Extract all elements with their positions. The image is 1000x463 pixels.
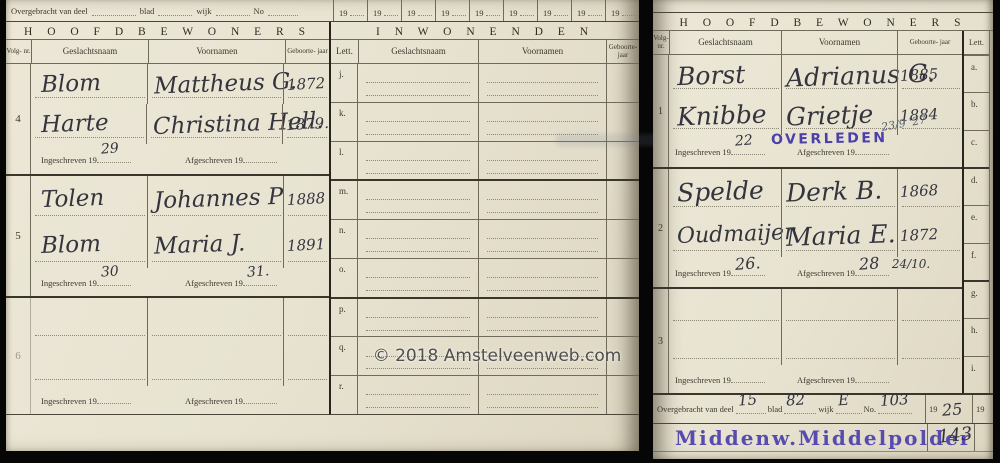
dotted-blank xyxy=(520,15,534,16)
inwonenden-headers: Lett. Geslachtsnaam Voornamen Geboorte- … xyxy=(331,40,639,64)
lett-column: Lett. a. b. c. d. e. f. g. h. i. xyxy=(962,31,989,393)
name-row: Spelde Derk B. 1868 xyxy=(669,169,962,213)
col-header-geslachtsnaam: Geslachtsnaam xyxy=(669,31,781,54)
geslachtsnaam-cell: Knibbe xyxy=(669,95,781,135)
transfer-deel-label: Overgebracht van deel xyxy=(657,404,734,414)
voornamen-cell: Mattheus G. xyxy=(147,64,283,104)
right-top-strip xyxy=(653,0,993,13)
name-row: Blom Mattheus G. 1872 xyxy=(31,64,329,104)
geslachtsnaam-handwriting: Oudmaijer xyxy=(677,222,795,248)
right-register-page: H O O F D B E W O N E R S Volg- nr. Gesl… xyxy=(653,0,993,459)
geslachtsnaam-cell: Harte xyxy=(31,104,146,144)
hoofdbewoners-headers: Volg- nr. Geslachtsnaam Voornamen Geboor… xyxy=(653,31,962,55)
transfer-no-label: No. xyxy=(864,404,877,414)
voornamen-handwriting: Maria E. xyxy=(786,221,896,250)
geboortejaar-handwriting: 1868 xyxy=(900,181,939,201)
volgnr-cell: 5 xyxy=(6,176,31,296)
dotted-blank xyxy=(588,15,602,16)
entry-footer: Ingeschreven 1926. Afgeschreven 192824/1… xyxy=(669,257,962,287)
geslachtsnaam-cell xyxy=(669,327,781,365)
year-cell: 19 xyxy=(605,0,639,21)
afgeschreven-label: Afgeschreven 19 xyxy=(797,375,855,385)
dotted-blank xyxy=(855,373,889,383)
lett-label: l. xyxy=(331,142,358,180)
geboortejaar-cell: 1868 xyxy=(897,169,962,213)
name-row xyxy=(31,298,329,342)
geboortejaar-handwriting: 1879. xyxy=(286,114,330,134)
voornamen-cell xyxy=(147,298,283,342)
lett-cell-f: f. xyxy=(964,243,989,280)
year-cell: 19 xyxy=(333,0,367,21)
volgnr-cell: 6 xyxy=(6,298,31,414)
lett-label: r. xyxy=(331,376,358,414)
dotted-blank xyxy=(731,373,765,383)
voornamen-cell xyxy=(478,220,606,258)
lett-cell-b: b. xyxy=(964,92,989,129)
year-19: 19 xyxy=(339,8,348,18)
year-19: 19 xyxy=(976,404,985,414)
geslachtsnaam-handwriting: Tolen xyxy=(41,186,105,211)
volgnr: 5 xyxy=(15,230,21,242)
lett-cell-g: g. xyxy=(964,280,989,318)
geslachtsnaam-handwriting: Knibbe xyxy=(677,101,767,129)
dotted-blank: 103 xyxy=(878,404,912,414)
wijk-value: E xyxy=(837,391,849,410)
year-19: 19 xyxy=(509,8,518,18)
volgnr: 1 xyxy=(658,106,663,117)
year-19: 19 xyxy=(475,8,484,18)
col-header-geboortejaar: Geboorte- jaar xyxy=(606,40,639,63)
dotted-blank: 82 xyxy=(784,404,816,414)
entry-block-6: 6 Ingeschreven 19 xyxy=(6,296,329,414)
geboortejaar-cell: 1888 xyxy=(283,176,329,222)
geslachtsnaam-cell: Blom xyxy=(31,222,147,268)
dotted-blank: 28 xyxy=(855,266,889,276)
geslachtsnaam-handwriting: Borst xyxy=(677,61,746,88)
year-cell: 19 xyxy=(401,0,435,21)
dotted-blank xyxy=(622,15,636,16)
geslachtsnaam-cell xyxy=(358,64,478,102)
geslachtsnaam-handwriting: Harte xyxy=(41,111,109,136)
year-19: 19 xyxy=(611,8,620,18)
dotted-blank xyxy=(158,5,192,16)
volgnr-cell: 4 xyxy=(6,64,31,174)
lett-label: p. xyxy=(331,299,358,337)
dotted-blank: 30 xyxy=(97,276,131,286)
inwonenden-row-n: n. xyxy=(331,219,639,258)
afgeschreven-year: 31. xyxy=(246,263,269,281)
lett-cell-c: c. xyxy=(964,130,989,167)
geboortejaar-cell: 1891 xyxy=(283,222,329,268)
inwonenden-row-m: m. xyxy=(331,179,639,219)
voornamen-cell: Derk B. xyxy=(781,169,897,213)
afgeschreven-label: Afgeschreven 19 xyxy=(185,155,243,165)
transfer-no-label: No xyxy=(254,6,264,16)
register-scan: Overgebracht van deel blad wijk No 19 19… xyxy=(0,0,1000,463)
overleden-stamp: OVERLEDEN xyxy=(771,130,888,148)
year-cell: 19 xyxy=(503,0,537,21)
dotted-blank: 22 xyxy=(731,145,765,155)
transfer-year-cell: 1925 xyxy=(925,395,972,423)
lett-cell-e: e. xyxy=(964,205,989,242)
voornamen-cell: Grietje xyxy=(781,95,897,135)
transfer-year-cell: 19 xyxy=(972,395,993,423)
geboortejaar-cell xyxy=(897,327,962,365)
year-19: 19 xyxy=(373,8,382,18)
dotted-blank xyxy=(243,394,277,404)
col-header-lett: Lett. xyxy=(964,31,989,55)
geslachtsnaam-cell xyxy=(358,259,478,297)
dotted-blank: 29 xyxy=(97,153,131,163)
entry-block-3: 3 Ingeschreven 19 xyxy=(653,287,962,393)
lett-label: q. xyxy=(331,337,358,375)
geslachtsnaam-cell: Borst xyxy=(669,55,781,95)
ingeschreven-year: 30 xyxy=(100,263,119,280)
transfer-blad-label: blad xyxy=(140,6,155,16)
afgeschreven-label: Afgeschreven 19 xyxy=(797,268,855,278)
lett-cell-i: i. xyxy=(964,356,989,393)
col-header-voornamen: Voornamen xyxy=(148,40,285,63)
col-header-geslachtsnaam: Geslachtsnaam xyxy=(358,40,478,63)
entry-footer: Ingeschreven 1930 Afgeschreven 1931. xyxy=(31,268,329,296)
inwonenden-row-o: o. xyxy=(331,258,639,297)
transfer-blad-label: blad xyxy=(768,404,783,414)
dotted-blank xyxy=(384,15,398,16)
transfer-year-value: 25 xyxy=(941,399,963,419)
name-row: Harte Christina Hell. 1879. xyxy=(31,104,329,144)
geslachtsnaam-cell xyxy=(669,289,781,327)
right-page-body: Volg- nr. Geslachtsnaam Voornamen Geboor… xyxy=(653,31,993,393)
page-edge-column xyxy=(989,31,993,393)
lett-label: j. xyxy=(331,64,358,102)
voornamen-cell: Maria E. xyxy=(781,213,897,257)
dotted-blank xyxy=(243,153,277,163)
ingeschreven-label: Ingeschreven 19 xyxy=(41,278,97,288)
geboortejaar-cell: 1879. xyxy=(282,104,329,144)
entry-rows: Tolen Johannes P 1888 Blom Maria J. 1891… xyxy=(31,176,329,296)
geboortejaar-cell xyxy=(606,220,639,258)
geslachtsnaam-cell xyxy=(358,142,478,180)
ingeschreven-label: Ingeschreven 19 xyxy=(675,375,731,385)
voornamen-cell: Johannes P xyxy=(147,176,283,222)
dotted-blank: 31. xyxy=(243,276,277,286)
geslachtsnaam-cell xyxy=(31,342,147,386)
lett-cell-a: a. xyxy=(964,55,989,92)
entry-footer: Ingeschreven 19 Afgeschreven 19 xyxy=(669,365,962,393)
entry-block-1: 1 Borst Adrianus G. 1885 Knibbe Grietje … xyxy=(653,55,962,167)
geslachtsnaam-cell: Oudmaijer xyxy=(669,213,781,257)
ingeschreven-label: Ingeschreven 19 xyxy=(41,396,97,406)
dotted-blank: E xyxy=(836,404,862,414)
entry-rows: Ingeschreven 19 Afgeschreven 19 xyxy=(31,298,329,414)
col-header-lett: Lett. xyxy=(331,40,358,63)
inwonenden-row-l: l. xyxy=(331,141,639,180)
geslachtsnaam-cell xyxy=(358,181,478,219)
left-register-page: Overgebracht van deel blad wijk No 19 19… xyxy=(6,0,639,451)
geboortejaar-cell: 1872 xyxy=(897,213,962,257)
dotted-blank xyxy=(350,15,364,16)
col-header-geboortejaar: Geboorte- jaar xyxy=(897,31,962,54)
geboortejaar-handwriting: 1888 xyxy=(287,189,326,209)
col-header-voornamen: Voornamen xyxy=(781,31,897,54)
geslachtsnaam-cell: Blom xyxy=(31,64,147,104)
geboortejaar-cell xyxy=(606,299,639,337)
geslachtsnaam-cell xyxy=(358,299,478,337)
name-row: Tolen Johannes P 1888 xyxy=(31,176,329,222)
voornamen-cell xyxy=(478,64,606,102)
stamp-row: Middenw.Middelpolder 143 xyxy=(653,423,993,451)
ingeschreven-year: 22 xyxy=(734,132,753,149)
col-header-voornamen: Voornamen xyxy=(478,40,606,63)
dotted-blank xyxy=(486,15,500,16)
lett-cell-d: d. xyxy=(964,167,989,205)
lett-label: o. xyxy=(331,259,358,297)
volgnr-cell: 3 xyxy=(653,289,669,393)
voornamen-cell xyxy=(478,142,606,180)
voornamen-cell xyxy=(781,289,897,327)
col-header-volgnr: Volg- nr. xyxy=(6,40,31,63)
year-cell: 19 xyxy=(367,0,401,21)
lett-label: m. xyxy=(331,181,358,219)
name-row: Oudmaijer Maria E. 1872 xyxy=(669,213,962,257)
afgeschreven-label: Afgeschreven 19 xyxy=(797,147,855,157)
dotted-blank xyxy=(92,5,136,16)
geslachtsnaam-handwriting: Spelde xyxy=(677,177,765,205)
entry-rows: Borst Adrianus G. 1885 Knibbe Grietje 18… xyxy=(669,55,962,167)
geboortejaar-cell xyxy=(897,289,962,327)
year-19: 19 xyxy=(407,8,416,18)
geslachtsnaam-handwriting: Blom xyxy=(41,232,102,257)
ingeschreven-year: 29 xyxy=(100,140,119,157)
year-19: 19 xyxy=(543,8,552,18)
house-number-handwriting: 143 xyxy=(937,423,973,447)
dotted-blank xyxy=(97,394,131,404)
geslachtsnaam-cell: Tolen xyxy=(31,176,147,222)
voornamen-handwriting: Derk B. xyxy=(786,177,883,205)
geboortejaar-handwriting: 1872 xyxy=(287,74,326,94)
geboortejaar-cell xyxy=(606,64,639,102)
house-number-cell: 143 xyxy=(927,424,975,451)
dotted-blank xyxy=(554,15,568,16)
copyright-watermark: © 2018 Amstelveenweb.com xyxy=(373,346,622,366)
hoofdbewoners-section: H O O F D B E W O N E R S Volg- nr. Gesl… xyxy=(6,22,329,415)
dotted-blank: 15 xyxy=(736,404,766,414)
col-header-volgnr: Volg- nr. xyxy=(653,31,669,54)
afgeschreven-year: 28 xyxy=(858,253,880,273)
blad-value: 82 xyxy=(786,390,806,409)
volgnr: 2 xyxy=(658,223,663,234)
voornamen-cell xyxy=(478,259,606,297)
entry-footer: Ingeschreven 19 Afgeschreven 19 xyxy=(31,386,329,414)
year-cell: 19 xyxy=(537,0,571,21)
geslachtsnaam-cell xyxy=(31,298,147,342)
afgeschreven-label: Afgeschreven 19 xyxy=(185,396,243,406)
geslachtsnaam-cell: Spelde xyxy=(669,169,781,213)
geslachtsnaam-handwriting: Blom xyxy=(41,71,102,96)
geboortejaar-handwriting: 1872 xyxy=(900,225,939,245)
geboortejaar-handwriting: 1891 xyxy=(287,235,326,255)
year-cells: 19 19 19 19 19 19 19 19 19 xyxy=(333,0,639,21)
hoofdbewoners-title: H O O F D B E W O N E R S xyxy=(653,13,993,31)
year-cell: 19 xyxy=(571,0,605,21)
volgnr-cell: 1 xyxy=(653,55,669,167)
voornamen-cell xyxy=(781,327,897,365)
inwonenden-row-r: r. xyxy=(331,375,639,414)
voornamen-cell: Adrianus G. xyxy=(781,55,897,95)
year-cell: 19 xyxy=(435,0,469,21)
volgnr-cell: 2 xyxy=(653,169,669,287)
lett-label: k. xyxy=(331,103,358,141)
entry-rows: Ingeschreven 19 Afgeschreven 19 xyxy=(669,289,962,393)
entry-block-4: 4 Blom Mattheus G. 1872 Harte Christina … xyxy=(6,64,329,174)
col-header-geboortejaar: Geboorte- jaar xyxy=(285,40,329,63)
geboortejaar-cell xyxy=(283,298,329,342)
volgnr: 4 xyxy=(15,113,21,125)
name-row xyxy=(31,342,329,386)
geboortejaar-cell xyxy=(606,181,639,219)
name-row: Borst Adrianus G. 1885 xyxy=(669,55,962,95)
afgeschreven-label: Afgeschreven 19 xyxy=(185,278,243,288)
no-value: 103 xyxy=(879,390,909,410)
partial-bottom-row: Ingeschreven 19 Afgeschreven 19 xyxy=(653,451,993,460)
dotted-blank xyxy=(855,145,889,155)
year-19: 19 xyxy=(577,8,586,18)
entry-footer: Ingeschreven 1929 Afgeschreven 19 xyxy=(31,144,329,174)
deel-value: 15 xyxy=(737,390,757,409)
volgnr: 6 xyxy=(15,350,21,362)
entry-rows: Spelde Derk B. 1868 Oudmaijer Maria E. 1… xyxy=(669,169,962,287)
year-19: 19 xyxy=(441,8,450,18)
name-row xyxy=(669,289,962,327)
volgnr: 3 xyxy=(658,336,663,347)
geslachtsnaam-cell xyxy=(358,220,478,258)
voornamen-cell: Maria J. xyxy=(147,222,283,268)
inwonenden-row-p: p. xyxy=(331,297,639,337)
voornamen-cell xyxy=(478,181,606,219)
col-header-geslachtsnaam: Geslachtsnaam xyxy=(31,40,148,63)
voornamen-handwriting: Maria J. xyxy=(154,232,246,258)
inwonenden-row-j: j. xyxy=(331,64,639,102)
lett-cell-h: h. xyxy=(964,318,989,355)
geboortejaar-cell xyxy=(283,342,329,386)
left-transfer-row: Overgebracht van deel blad wijk No 19 19… xyxy=(6,0,639,22)
inwonenden-title: I N W O N E N D E N xyxy=(331,22,639,40)
dotted-blank xyxy=(216,5,250,16)
ingeschreven-year: 26. xyxy=(734,253,761,274)
geboortejaar-handwriting: 1885 xyxy=(900,65,939,85)
year-cell: 19 xyxy=(469,0,503,21)
geboortejaar-cell xyxy=(606,376,639,414)
geboortejaar-cell: 1872 xyxy=(283,64,329,104)
entry-rows: Blom Mattheus G. 1872 Harte Christina He… xyxy=(31,64,329,174)
voornamen-cell xyxy=(147,342,283,386)
dotted-blank xyxy=(268,5,298,16)
geboortejaar-cell xyxy=(606,142,639,180)
dotted-blank: 26. xyxy=(731,266,765,276)
year-19: 19 xyxy=(929,404,938,414)
voornamen-handwriting: Mattheus G. xyxy=(154,70,298,98)
hoofdbewoners-section: Volg- nr. Geslachtsnaam Voornamen Geboor… xyxy=(653,31,962,393)
ingeschreven-label: Ingeschreven 19 xyxy=(675,268,731,278)
transfer-deel-label: Overgebracht van deel xyxy=(11,6,88,16)
geslachtsnaam-cell xyxy=(358,103,478,141)
voornamen-cell xyxy=(478,376,606,414)
voornamen-cell: Christina Hell. xyxy=(146,104,282,144)
afgeschreven-date-handwriting: 24/10. xyxy=(892,257,930,271)
voornamen-handwriting: Johannes P xyxy=(154,185,284,213)
ingeschreven-label: Ingeschreven 19 xyxy=(41,155,97,165)
ingeschreven-label: Ingeschreven 19 xyxy=(675,147,731,157)
voornamen-handwriting: Grietje xyxy=(786,101,874,129)
hoofdbewoners-title: H O O F D B E W O N E R S xyxy=(6,22,329,40)
geboortejaar-cell xyxy=(606,259,639,297)
dotted-blank xyxy=(452,15,466,16)
geslachtsnaam-cell xyxy=(358,376,478,414)
hoofdbewoners-headers: Volg- nr. Geslachtsnaam Voornamen Geboor… xyxy=(6,40,329,64)
right-transfer-row: Overgebracht van deel 15 blad 82 wijk E … xyxy=(653,393,993,423)
lett-label: n. xyxy=(331,220,358,258)
voornamen-cell xyxy=(478,299,606,337)
name-row: Blom Maria J. 1891 xyxy=(31,222,329,268)
entry-block-5: 5 Tolen Johannes P 1888 Blom Maria J. 18… xyxy=(6,174,329,296)
name-row xyxy=(669,327,962,365)
transfer-wijk-label: wijk xyxy=(196,6,211,16)
dotted-blank xyxy=(418,15,432,16)
entry-block-2: 2 Spelde Derk B. 1868 Oudmaijer Maria E.… xyxy=(653,167,962,287)
transfer-wijk-label: wijk xyxy=(818,404,833,414)
geboortejaar-cell: 1885 xyxy=(897,55,962,95)
